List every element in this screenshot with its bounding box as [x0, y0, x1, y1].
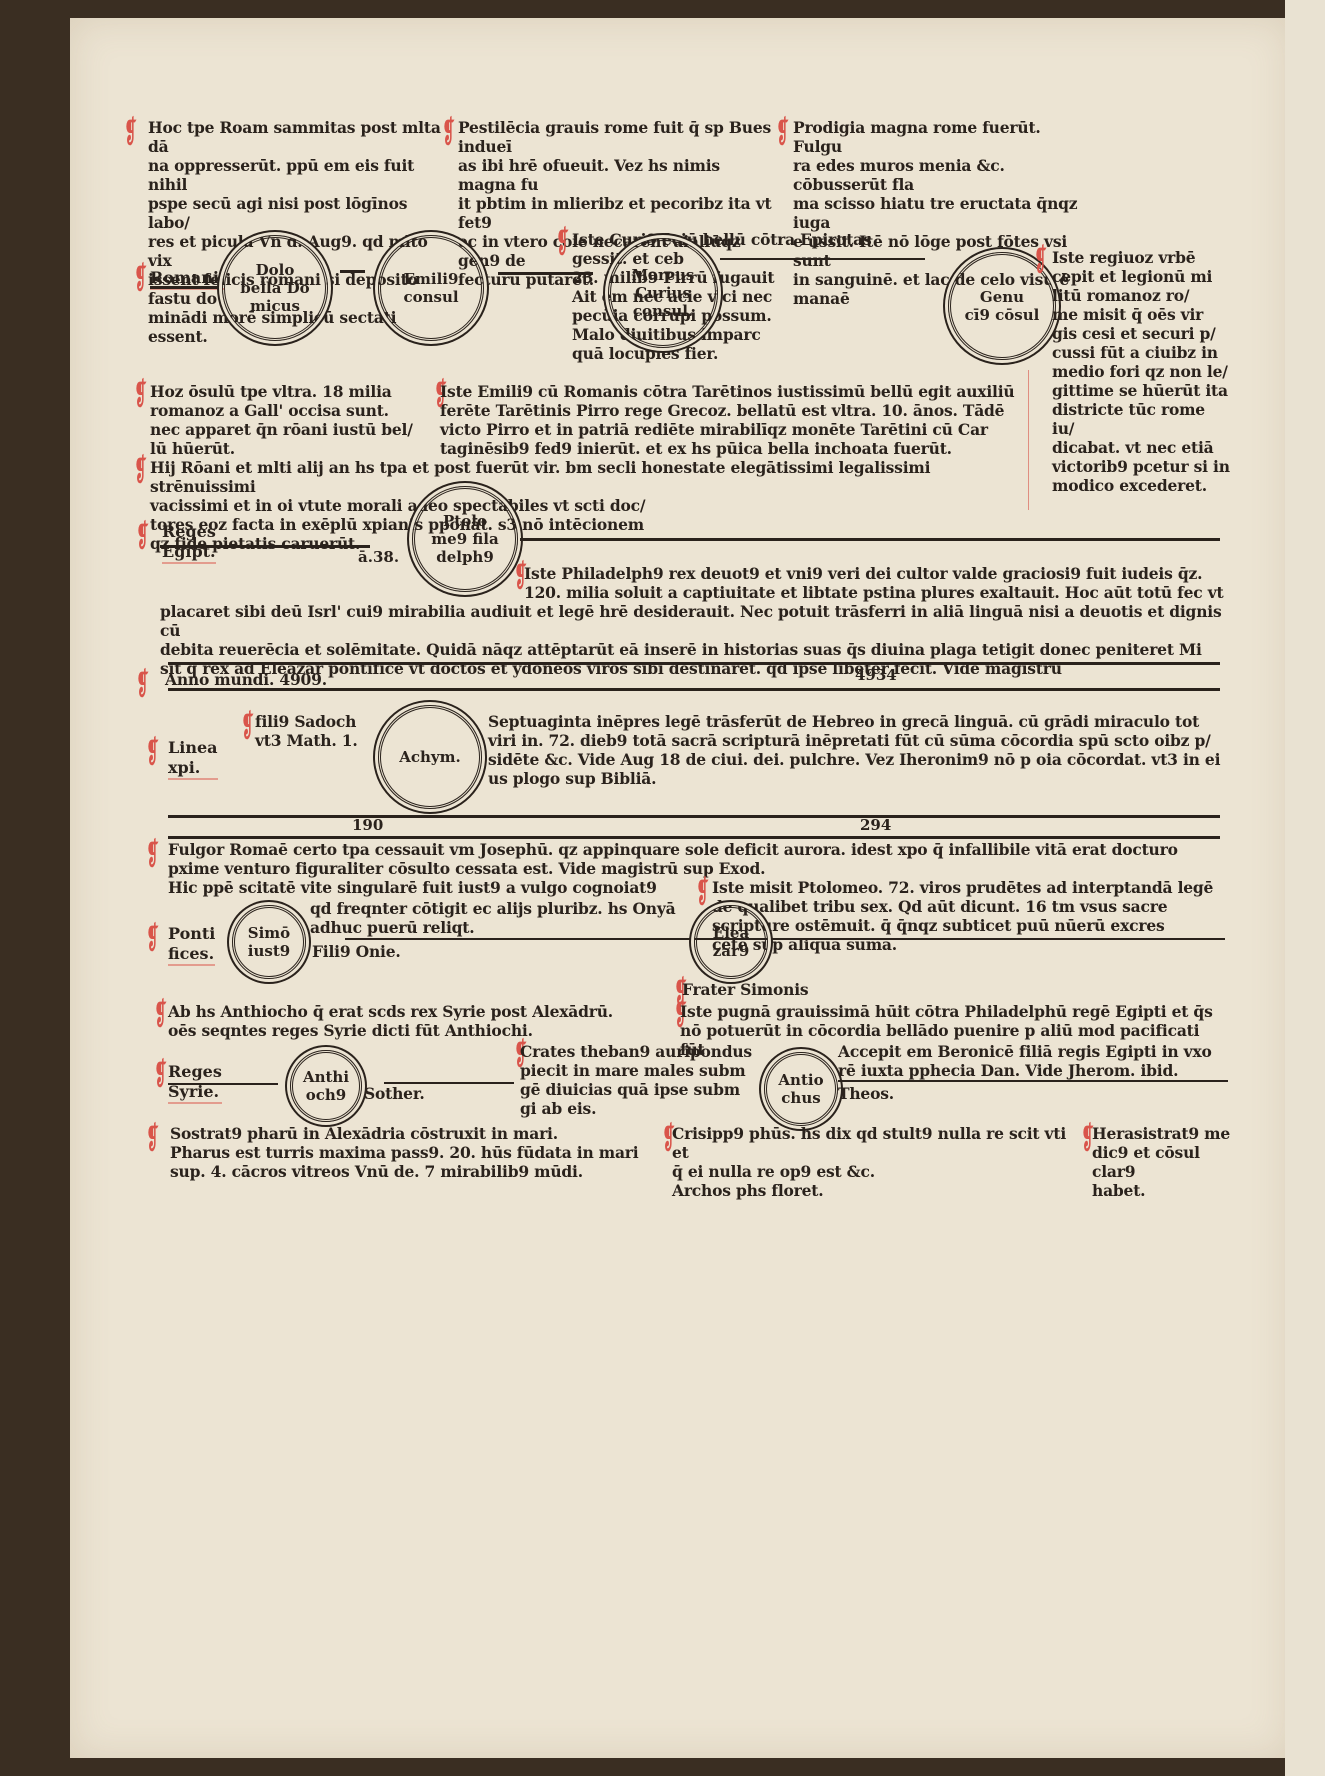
- rubric-mark: ❡: [776, 118, 789, 148]
- row-label-reges-egipt: Reges Egipt.: [162, 522, 216, 564]
- rubric-mark: ❡: [134, 380, 147, 410]
- rubric-mark: ❡: [241, 712, 254, 742]
- rubric-mark: ❡: [146, 924, 159, 954]
- lineage-line: [520, 538, 1220, 541]
- timeline-bar-top: [168, 815, 1220, 818]
- timeline-bar-bottom: [168, 836, 1220, 839]
- rubric-mark: ❡: [154, 1060, 167, 1090]
- text-block-consuls: Hoz ōsulū tpe vltra. 18 milia romanoz a …: [150, 382, 430, 458]
- rubric-mark: ❡: [124, 118, 137, 148]
- text-theos: Theos.: [838, 1084, 938, 1103]
- text-filius-sadoch: fili9 Sadoch vt3 Math. 1.: [255, 712, 385, 750]
- circle-ptolemy-philadelphus: Ptolo me9 fila delph9: [412, 486, 518, 592]
- timeline-bar-bottom: [168, 688, 1220, 691]
- rubric-mark: ❡: [146, 738, 159, 768]
- year-mark: ā.38.: [358, 548, 399, 566]
- text-filius-onie: Fili9 Onie.: [312, 942, 512, 961]
- text-block-anthiochus-intro: Ab hs Anthiocho q̄ erat scds rex Syrie p…: [168, 1002, 668, 1040]
- text-block-septuagint-intro: placaret sibi deū Isrl' cui9 mirabilia a…: [160, 602, 1230, 678]
- text-block-crates: Crates theban9 auripondus piecit in mare…: [520, 1042, 760, 1118]
- rubric-mark: ❡: [154, 1000, 167, 1030]
- timeline-number-center: 294: [860, 816, 891, 834]
- rubric-mark: ❡: [1034, 246, 1047, 276]
- circle-achym: Achym.: [378, 705, 482, 809]
- lineage-line: [384, 1082, 514, 1084]
- text-block-genucius: Iste regiuoz vrbē cepit et legionū mi li…: [1052, 248, 1232, 495]
- circle-marcus-curius: Marcus Curius consul.: [608, 238, 718, 348]
- rubric-mark: ❡: [146, 1124, 159, 1154]
- circle-emilius: Emili9 consul: [378, 235, 484, 341]
- timeline-number: 4934: [855, 666, 897, 684]
- lineage-line: [838, 1080, 1228, 1082]
- lineage-line: [150, 286, 220, 289]
- lineage-line: [160, 545, 370, 548]
- anno-mundi-label: Anno mundi. 4909.: [165, 670, 465, 689]
- text-block-septuagint: Septuaginta inēpres legē trāsferūt de He…: [488, 712, 1228, 788]
- rubric-mark: ❡: [136, 522, 149, 552]
- text-block-onias: qd freqnter cōtigit ec alijs pluribz. hs…: [310, 899, 710, 937]
- lineage-line: [340, 270, 365, 273]
- rubric-mark: ❡: [146, 840, 159, 870]
- circle-eleazar: Elea zar9: [694, 905, 768, 979]
- text-block-berenice: Accepit em Beronicē filiā regis Egipti i…: [838, 1042, 1238, 1080]
- text-block-crisippus: Crisipp9 phūs. hs dix qd stult9 nulla re…: [672, 1124, 1082, 1200]
- rubric-mark: ❡: [556, 228, 569, 258]
- lineage-line: [720, 258, 925, 260]
- timeline-bar-top: [168, 662, 1220, 665]
- rubric-mark: ❡: [134, 456, 147, 486]
- rubric-mark: ❡: [696, 878, 709, 908]
- rubric-mark: ❡: [136, 670, 149, 700]
- timeline-number-left: 190: [352, 816, 383, 834]
- circle-antiochus-theos: Antio chus: [764, 1052, 838, 1126]
- circle-dolabella: Dolo bella Do micus: [222, 235, 328, 341]
- row-label-pontifices: Ponti fices.: [168, 924, 215, 966]
- rubric-mark: ❡: [442, 118, 455, 148]
- text-block-herasistratus: Herasistrat9 me dic9 et cōsul clar9 habe…: [1092, 1124, 1232, 1200]
- text-sother: Sother.: [364, 1084, 464, 1103]
- lineage-line: [498, 272, 593, 275]
- text-frater-simonis: Frater Simonis: [682, 980, 882, 999]
- text-block-philadelphus: Iste Philadelph9 rex deuot9 et vni9 veri…: [524, 564, 1224, 602]
- circle-simon-iustus: Simō iust9: [232, 905, 306, 979]
- text-block-emilius: Iste Emili9 cū Romanis cōtra Tarētinos i…: [440, 382, 1030, 458]
- text-block-eleazar: Iste misit Ptolomeo. 72. viros prudētes …: [712, 878, 1232, 954]
- text-block-sostratus: Sostrat9 pharū in Alexādria cōstruxit in…: [170, 1124, 650, 1181]
- circle-anthiochus: Anthi och9: [290, 1050, 362, 1122]
- adjacent-page-edge: [1285, 0, 1325, 1776]
- row-label-linea-christi: Linea xpi.: [168, 738, 218, 780]
- lineage-line: [168, 1083, 278, 1085]
- rubric-mark: ❡: [134, 264, 147, 294]
